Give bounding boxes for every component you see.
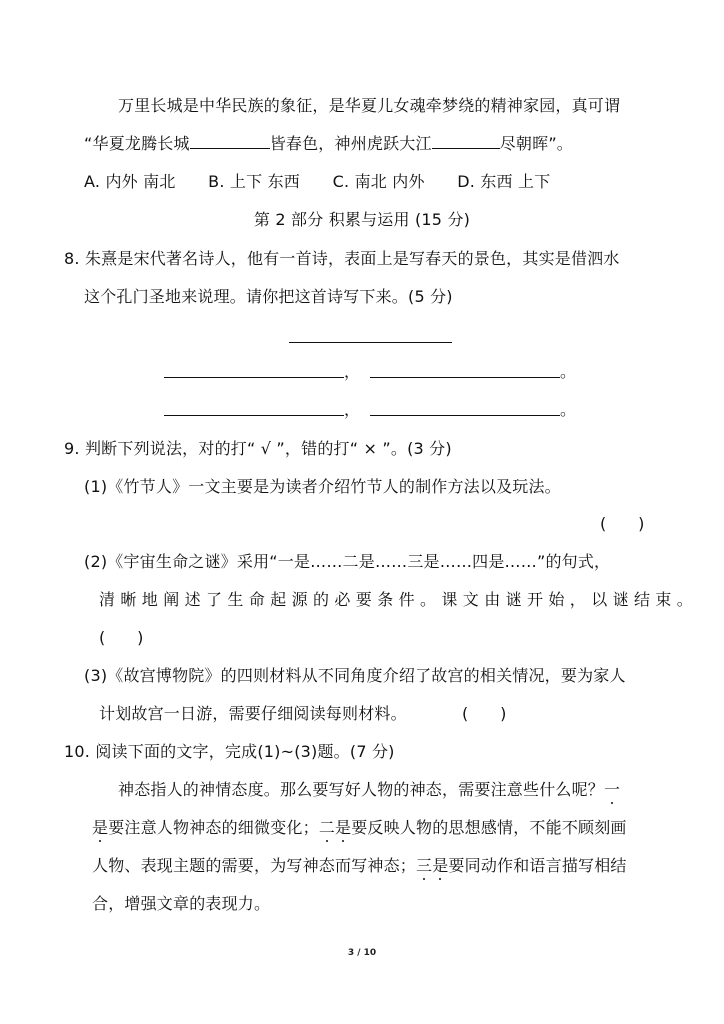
- q8-answer-line-1a[interactable]: [164, 377, 344, 378]
- passage-text: 神态指人的神情态度。那么要写好人物的神态，需要注意些什么呢？: [118, 780, 604, 799]
- emphasis-char: 一: [604, 780, 620, 799]
- q8-line2: 这个孔门圣地来说理。请你把这首诗写下来。(5 分): [84, 287, 453, 307]
- q8-period-2: 。: [560, 400, 576, 420]
- q9-item-2-text-1: 《宇宙生命之谜》采用“一是……二是……三是……四是……”的句式，: [107, 552, 610, 571]
- q9-number: 9.: [64, 439, 80, 458]
- q9-item-3-answer-box[interactable]: ( ): [462, 704, 507, 724]
- q8-comma-2: ，: [344, 400, 360, 420]
- passage-text: 要同动作和语言描写相结: [448, 856, 626, 875]
- q9-item-2-line1: (2)《宇宙生命之谜》采用“一是……二是……三是……四是……”的句式，: [84, 552, 610, 572]
- q7-options: A. 内外 南北 B. 上下 东西 C. 南北 内外 D. 东西 上下: [84, 172, 550, 192]
- emphasis-char: 三: [416, 856, 432, 875]
- q8-period-1: 。: [560, 362, 576, 382]
- q8-answer-line-2b[interactable]: [370, 415, 560, 416]
- q10-passage-line2: 是要注意人物神态的细微变化；二是要反映人物的思想感情，不能不顾刻画: [92, 818, 627, 838]
- exam-page: 万里长城是中华民族的象征，是华夏儿女魂牵梦绕的精神家园，真可谓 “华夏龙腾长城皆…: [0, 0, 724, 1024]
- option-text: 内外 南北: [105, 172, 175, 191]
- q7-blank-1[interactable]: [190, 134, 270, 149]
- q8-answer-line-1b[interactable]: [370, 377, 560, 378]
- option-text: 上下 东西: [230, 172, 300, 191]
- page-indicator: 3 / 10: [0, 948, 724, 958]
- q9-item-1-answer-box[interactable]: ( ): [600, 514, 645, 534]
- emphasis-char: 是: [92, 818, 108, 837]
- q7-stem-line1: 万里长城是中华民族的象征，是华夏儿女魂牵梦绕的精神家园，真可谓: [118, 96, 620, 116]
- emphasis-char: 是: [335, 818, 351, 837]
- q9-stem-text: 判断下列说法，对的打“ √ ”，错的打“ × ”。(3 分): [85, 439, 452, 458]
- passage-text: 人物、表现主题的需要，为写神态而写神态；: [92, 856, 416, 875]
- q7-option-d[interactable]: D. 东西 上下: [457, 172, 550, 191]
- q9-item-3-line1: (3)《故宫博物院》的四则材料从不同角度介绍了故宫的相关情况，要为家人: [84, 666, 626, 686]
- option-text: 东西 上下: [480, 172, 550, 191]
- passage-text: 要注意人物神态的细微变化；: [108, 818, 319, 837]
- q9-item-1-text: 《竹节人》一文主要是为读者介绍竹节人的制作方法以及玩法。: [107, 477, 561, 496]
- q9-item-2-line2: 清晰地阐述了生命起源的必要条件。课文由谜开始，以谜结束。: [99, 590, 698, 610]
- q9-item-3-label: (3): [84, 666, 107, 685]
- option-letter: B.: [208, 172, 224, 191]
- q10-stem: 10. 阅读下面的文字，完成(1)~(3)题。(7 分): [64, 742, 395, 762]
- q8-text-line1: 朱熹是宋代著名诗人，他有一首诗，表面上是写春天的景色，其实是借泗水: [85, 249, 620, 268]
- q8-title-answer-line[interactable]: [289, 342, 452, 343]
- q9-item-3-text-2: 计划故宫一日游，需要仔细阅读每则材料。: [99, 704, 407, 723]
- q7-option-b[interactable]: B. 上下 东西: [208, 172, 300, 191]
- q7-stem-part-c: 尽朝晖”。: [500, 134, 573, 153]
- q10-stem-text: 阅读下面的文字，完成(1)~(3)题。(7 分): [95, 742, 394, 761]
- q9-item-3-line2: 计划故宫一日游，需要仔细阅读每则材料。: [99, 704, 407, 724]
- emphasis-char: 二: [319, 818, 335, 837]
- q10-passage-line4: 合，增强文章的表现力。: [92, 894, 270, 914]
- q8-line1: 8. 朱熹是宋代著名诗人，他有一首诗，表面上是写春天的景色，其实是借泗水: [64, 249, 620, 269]
- passage-text: 要反映人物的思想感情，不能不顾刻画: [351, 818, 626, 837]
- q10-number: 10.: [64, 742, 90, 761]
- option-text: 南北 内外: [355, 172, 425, 191]
- q8-number: 8.: [64, 249, 80, 268]
- q8-answer-line-2a[interactable]: [164, 415, 344, 416]
- q7-stem-line2: “华夏龙腾长城皆春色，神州虎跃大江尽朝晖”。: [84, 134, 573, 154]
- emphasis-char: 是: [432, 856, 448, 875]
- q10-passage-line1: 神态指人的神情态度。那么要写好人物的神态，需要注意些什么呢？一: [118, 780, 620, 800]
- option-letter: C.: [333, 172, 350, 191]
- q7-stem-part-a: “华夏龙腾长城: [84, 134, 190, 153]
- q9-item-1: (1)《竹节人》一文主要是为读者介绍竹节人的制作方法以及玩法。: [84, 477, 561, 497]
- q9-item-2-label: (2): [84, 552, 107, 571]
- q10-passage-line3: 人物、表现主题的需要，为写神态而写神态；三是要同动作和语言描写相结: [92, 856, 627, 876]
- q7-option-a[interactable]: A. 内外 南北: [84, 172, 176, 191]
- q9-item-2-answer-box[interactable]: ( ): [99, 628, 144, 648]
- option-letter: A.: [84, 172, 100, 191]
- q9-item-1-label: (1): [84, 477, 107, 496]
- q8-comma-1: ，: [344, 362, 360, 382]
- q7-blank-2[interactable]: [432, 134, 500, 149]
- option-letter: D.: [457, 172, 475, 191]
- q7-stem-part-b: 皆春色，神州虎跃大江: [270, 134, 432, 153]
- q9-item-3-text-1: 《故宫博物院》的四则材料从不同角度介绍了故宫的相关情况，要为家人: [107, 666, 625, 685]
- section-title: 第 2 部分 积累与运用 (15 分): [0, 210, 724, 230]
- q7-option-c[interactable]: C. 南北 内外: [333, 172, 425, 191]
- q9-stem: 9. 判断下列说法，对的打“ √ ”，错的打“ × ”。(3 分): [64, 439, 452, 459]
